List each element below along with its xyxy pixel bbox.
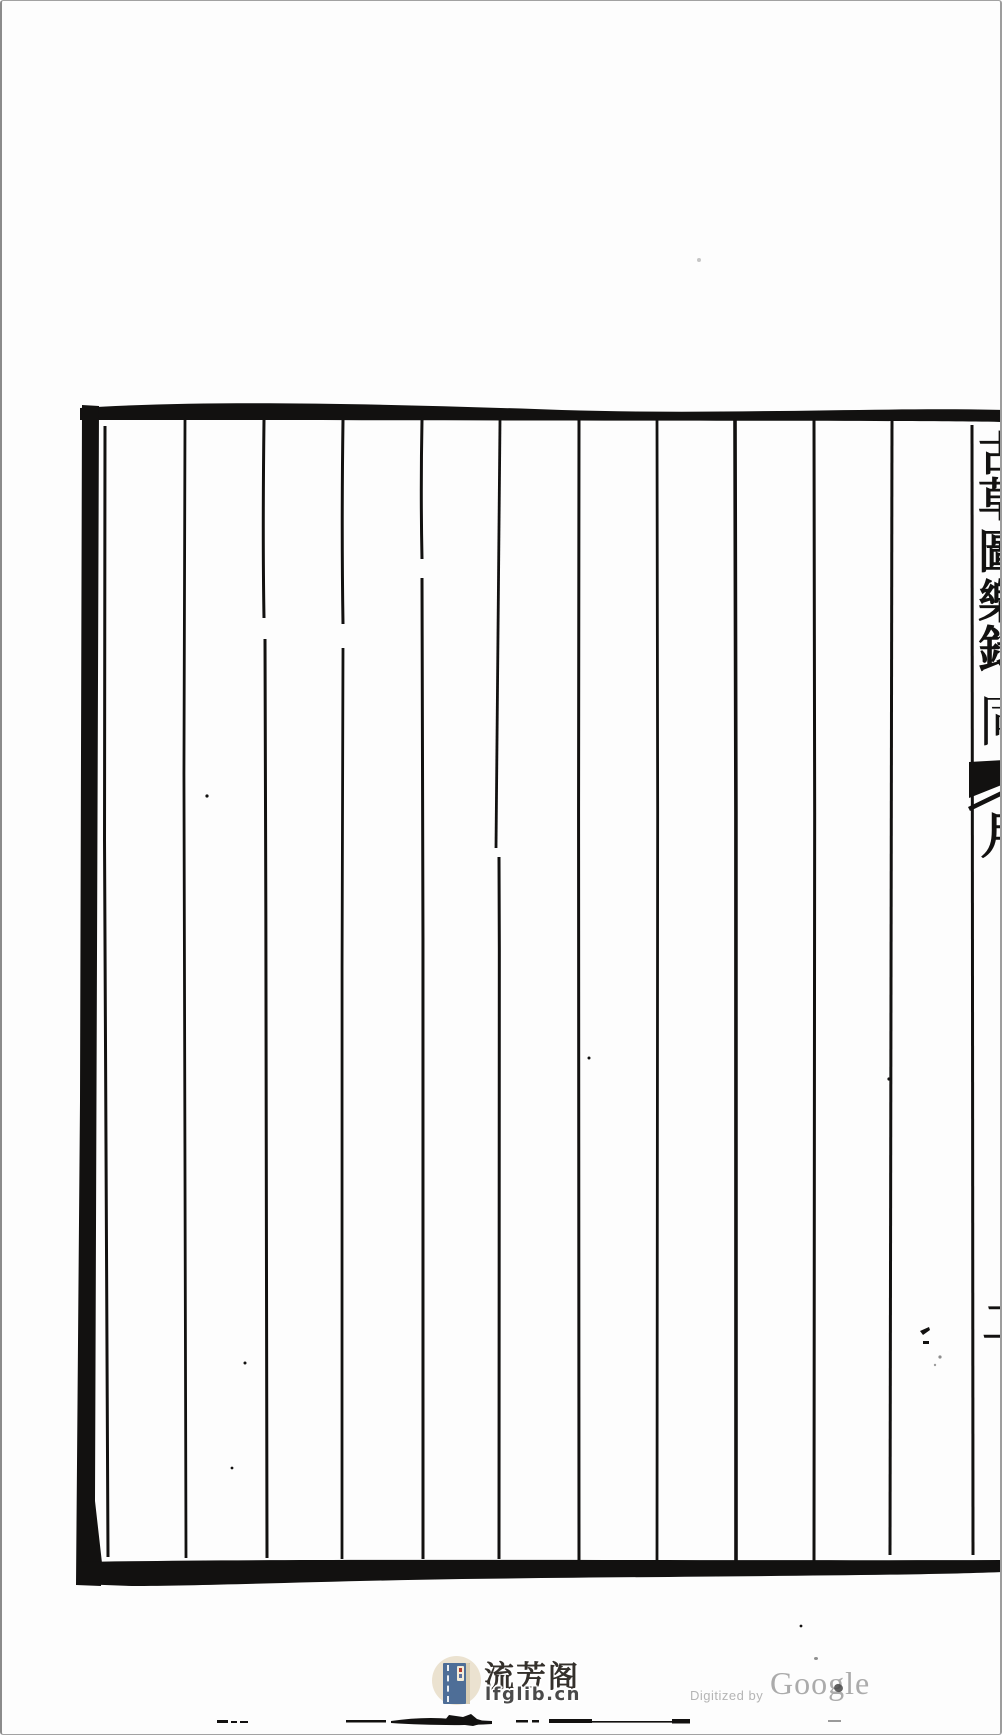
fishtail-body — [969, 760, 1002, 798]
spine-mid-char: 同 — [978, 695, 1002, 751]
smudge — [231, 1721, 237, 1723]
faint-smudge — [828, 1720, 841, 1722]
scan-specks — [205, 258, 941, 1627]
spine-title-char-1: 古 — [978, 431, 1002, 477]
speck — [205, 794, 208, 797]
column-line-3b — [265, 639, 267, 1558]
smudge-hairline — [592, 1721, 683, 1723]
column-line-12 — [971, 425, 973, 1555]
scan-smudges — [217, 1714, 841, 1726]
column-line-8 — [657, 420, 658, 1560]
spine-title-char-3: 圖 — [978, 529, 1002, 575]
column-line-3a — [263, 420, 264, 618]
speck — [244, 1362, 247, 1365]
woodblock-print-ink — [2, 1, 1002, 1735]
column-line-2 — [184, 420, 186, 1558]
fishtail-ornament — [969, 760, 1002, 809]
column-line-9 — [735, 420, 736, 1561]
speck — [800, 1625, 803, 1628]
faint-speck — [814, 1657, 818, 1660]
lfglib-logo — [432, 1656, 481, 1705]
stitched-book-icon — [443, 1663, 470, 1704]
spine-title-char-4: 樂 — [978, 579, 1002, 625]
smudge — [240, 1721, 248, 1723]
frame-left-border — [76, 405, 102, 1586]
smudge — [346, 1720, 386, 1723]
speck-cluster — [920, 1327, 930, 1335]
frame-bottom-border — [78, 1560, 1002, 1586]
digitized-by-label: Digitized by — [690, 1688, 763, 1703]
lfglib-site-url: lfglib.cn — [485, 1684, 581, 1705]
speck-cluster — [923, 1341, 929, 1344]
column-line-5a — [421, 420, 422, 559]
smudge — [516, 1720, 528, 1723]
column-line-10 — [814, 420, 815, 1561]
smudge — [549, 1719, 592, 1723]
faint-speck — [938, 1355, 941, 1358]
column-line-11 — [890, 420, 892, 1555]
spine-title-char-5: 錄 — [978, 625, 1002, 675]
scanned-book-page: 古 草 圖 樂 錄 同 月 二 流芳阁 lfglib.cn Digitized … — [0, 0, 1002, 1735]
spine-page-number: 二 — [982, 1298, 1002, 1348]
faint-speck — [934, 1364, 936, 1366]
column-line-6b — [499, 857, 500, 1559]
smudge — [217, 1720, 228, 1723]
speck — [588, 1057, 591, 1060]
smudge — [532, 1720, 539, 1723]
frame-top-border — [80, 403, 1002, 422]
speck — [231, 1467, 234, 1470]
spine-title-char-2: 草 — [978, 477, 1002, 523]
column-line-6a — [496, 420, 500, 848]
column-line-5b — [422, 578, 423, 1559]
faint-speck — [697, 258, 701, 262]
google-logo-text: Google — [770, 1665, 870, 1702]
column-line-4b — [342, 648, 343, 1559]
book-title-label — [457, 1666, 464, 1681]
spine-section-char: 月 — [980, 811, 1002, 861]
column-line-1 — [104, 426, 108, 1557]
book-stitching — [447, 1665, 449, 1702]
column-line-4a — [342, 420, 343, 624]
smudge — [672, 1719, 690, 1724]
speck — [887, 1077, 890, 1080]
